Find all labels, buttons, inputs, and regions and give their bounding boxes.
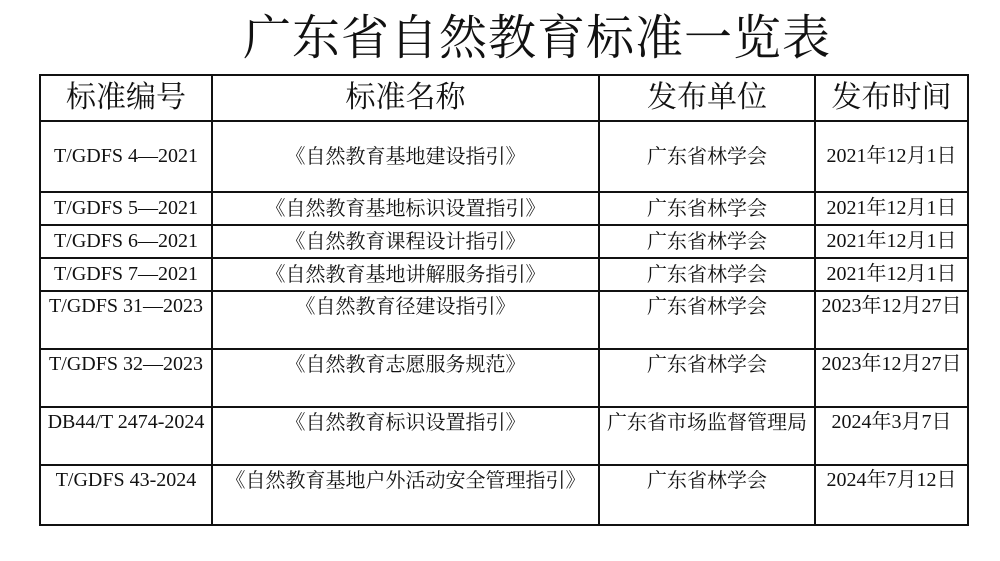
- issue-date: 2024年7月12日: [815, 465, 968, 525]
- table-row: DB44/T 2474-2024 《自然教育标识设置指引》 广东省市场监督管理局…: [40, 407, 968, 465]
- standard-code: T/GDFS 32—2023: [40, 349, 212, 407]
- standard-name: 《自然教育标识设置指引》: [212, 407, 599, 465]
- standard-name: 《自然教育志愿服务规范》: [212, 349, 599, 407]
- issuing-body: 广东省林学会: [599, 121, 815, 192]
- issuing-body: 广东省林学会: [599, 291, 815, 349]
- standard-name: 《自然教育基地户外活动安全管理指引》: [212, 465, 599, 525]
- header-issuing-body: 发布单位: [599, 75, 815, 121]
- issuing-body: 广东省林学会: [599, 465, 815, 525]
- standard-code: T/GDFS 5—2021: [40, 192, 212, 225]
- table-header-row: 标准编号 标准名称 发布单位 发布时间: [40, 75, 968, 121]
- issuing-body: 广东省林学会: [599, 225, 815, 258]
- header-standard-name: 标准名称: [212, 75, 599, 121]
- standard-name: 《自然教育课程设计指引》: [212, 225, 599, 258]
- issue-date: 2023年12月27日: [815, 291, 968, 349]
- issuing-body: 广东省市场监督管理局: [599, 407, 815, 465]
- standard-code: T/GDFS 4—2021: [40, 121, 212, 192]
- header-issue-date: 发布时间: [815, 75, 968, 121]
- issue-date: 2021年12月1日: [815, 192, 968, 225]
- standard-code: T/GDFS 31—2023: [40, 291, 212, 349]
- issue-date: 2021年12月1日: [815, 258, 968, 291]
- standard-code: T/GDFS 43-2024: [40, 465, 212, 525]
- table-row: T/GDFS 32—2023 《自然教育志愿服务规范》 广东省林学会 2023年…: [40, 349, 968, 407]
- issuing-body: 广东省林学会: [599, 349, 815, 407]
- table-row: T/GDFS 7—2021 《自然教育基地讲解服务指引》 广东省林学会 2021…: [40, 258, 968, 291]
- standard-name: 《自然教育基地标识设置指引》: [212, 192, 599, 225]
- issue-date: 2023年12月27日: [815, 349, 968, 407]
- standard-code: T/GDFS 6—2021: [40, 225, 212, 258]
- table-row: T/GDFS 43-2024 《自然教育基地户外活动安全管理指引》 广东省林学会…: [40, 465, 968, 525]
- table-row: T/GDFS 5—2021 《自然教育基地标识设置指引》 广东省林学会 2021…: [40, 192, 968, 225]
- issue-date: 2021年12月1日: [815, 121, 968, 192]
- page-title: 广东省自然教育标准一览表: [0, 6, 1000, 70]
- issuing-body: 广东省林学会: [599, 258, 815, 291]
- issue-date: 2024年3月7日: [815, 407, 968, 465]
- table-row: T/GDFS 31—2023 《自然教育径建设指引》 广东省林学会 2023年1…: [40, 291, 968, 349]
- standard-code: T/GDFS 7—2021: [40, 258, 212, 291]
- issue-date: 2021年12月1日: [815, 225, 968, 258]
- standards-table: 标准编号 标准名称 发布单位 发布时间 T/GDFS 4—2021 《自然教育基…: [39, 74, 969, 526]
- standard-name: 《自然教育基地讲解服务指引》: [212, 258, 599, 291]
- table-row: T/GDFS 6—2021 《自然教育课程设计指引》 广东省林学会 2021年1…: [40, 225, 968, 258]
- standard-code: DB44/T 2474-2024: [40, 407, 212, 465]
- issuing-body: 广东省林学会: [599, 192, 815, 225]
- header-standard-code: 标准编号: [40, 75, 212, 121]
- table-row: T/GDFS 4—2021 《自然教育基地建设指引》 广东省林学会 2021年1…: [40, 121, 968, 192]
- standard-name: 《自然教育径建设指引》: [212, 291, 599, 349]
- standard-name: 《自然教育基地建设指引》: [212, 121, 599, 192]
